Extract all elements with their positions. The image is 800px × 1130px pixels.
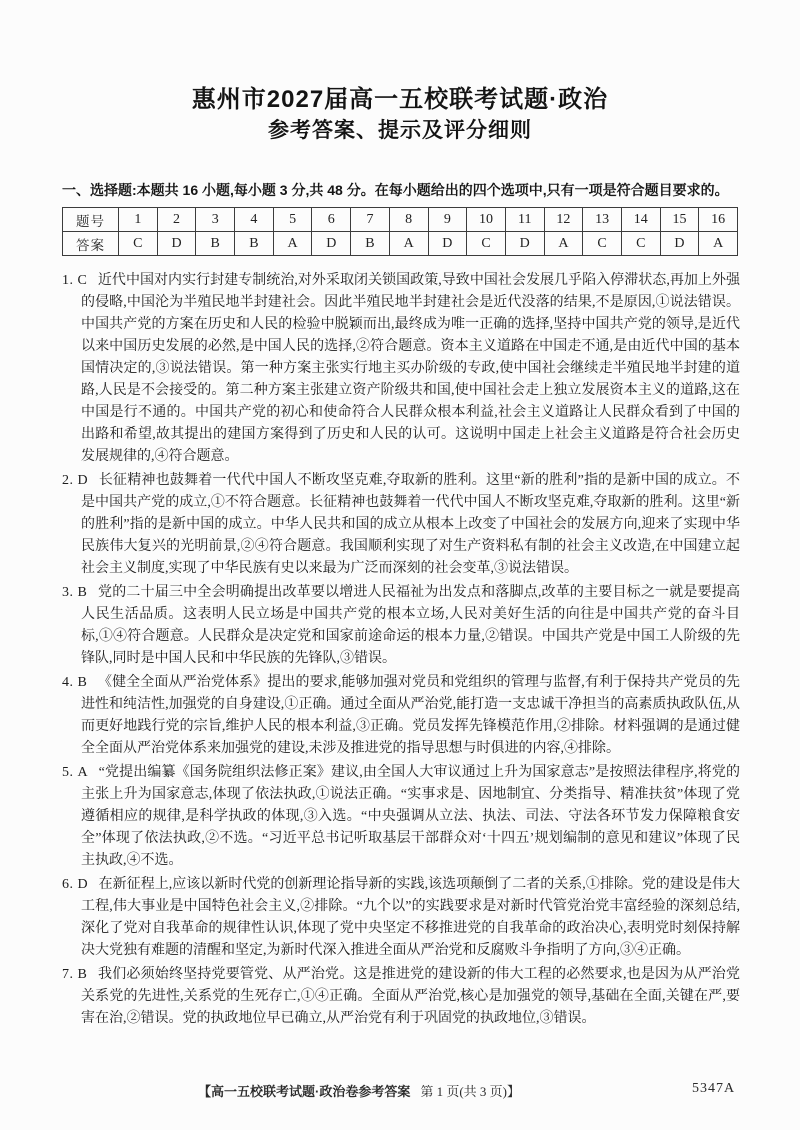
explanation-text: “党提出编纂《国务院组织法修正案》建议,由全国人大审议通过上升为国家意志”是按照…	[81, 765, 740, 868]
answer-letter-cell: B	[235, 232, 274, 256]
exam-answer-sheet-page: 惠州市2027届高一五校联考试题·政治 参考答案、提示及评分细则 一、选择题:本…	[0, 0, 800, 1130]
answer-letter-cell: A	[389, 232, 428, 256]
question-number-cell: 1	[119, 208, 158, 232]
explanation-question-number: 1.	[62, 273, 74, 288]
answer-table-row-header: 答案	[63, 232, 119, 256]
explanation-text: 在新征程上,应该以新时代党的创新理论指导新的实践,该选项颠倒了二者的关系,①排除…	[81, 877, 740, 958]
answer-letter-cell: C	[621, 232, 660, 256]
footer-caption: 【高一五校联考试题·政治卷参考答案第 1 页(共 3 页)】	[198, 1081, 520, 1100]
page-title: 惠州市2027届高一五校联考试题·政治	[0, 79, 800, 114]
question-number-cell: 12	[544, 208, 583, 232]
answer-table: 题号12345678910111213141516答案CDBBADBADCDAC…	[62, 207, 738, 256]
explanation-answer-letter: B	[78, 585, 87, 600]
explanation-text: 《健全全面从严治党体系》提出的要求,能够加强对党员和党组织的管理与监督,有利于保…	[81, 675, 740, 756]
answer-letter-cell: D	[660, 232, 699, 256]
question-number-cell: 2	[157, 208, 196, 232]
explanation-item: 5.A“党提出编纂《国务院组织法修正案》建议,由全国人大审议通过上升为国家意志”…	[62, 762, 740, 872]
question-number-cell: 13	[583, 208, 622, 232]
answer-letter-cell: B	[196, 232, 235, 256]
answer-table-row: 答案CDBBADBADCDACCDA	[63, 232, 738, 256]
answer-letter-cell: B	[351, 232, 390, 256]
question-number-cell: 10	[467, 208, 506, 232]
page-subtitle: 参考答案、提示及评分细则	[0, 114, 800, 144]
answer-table-row: 题号12345678910111213141516	[63, 208, 738, 232]
explanation-answer-letter: C	[78, 273, 87, 288]
explanation-answer-letter: D	[78, 473, 88, 488]
explanation-question-number: 5.	[62, 765, 74, 780]
explanation-question-number: 2.	[62, 473, 74, 488]
explanation-item: 4.B《健全全面从严治党体系》提出的要求,能够加强对党员和党组织的管理与监督,有…	[62, 672, 740, 760]
explanation-item: 6.D在新征程上,应该以新时代党的创新理论指导新的实践,该选项颠倒了二者的关系,…	[62, 874, 740, 962]
explanation-item: 1.C近代中国对内实行封建专制统治,对外采取闭关锁国政策,导致中国社会发展几乎陷…	[62, 270, 740, 468]
explanation-answer-letter: D	[78, 877, 88, 892]
answer-letter-cell: A	[273, 232, 312, 256]
explanation-item: 3.B党的二十届三中全会明确提出改革要以增进人民福祉为出发点和落脚点,改革的主要…	[62, 582, 740, 670]
footer-caption-title: 【高一五校联考试题·政治卷参考答案	[198, 1084, 410, 1099]
explanation-text: 长征精神也鼓舞着一代代中国人不断攻坚克难,夺取新的胜利。这里“新的胜利”指的是新…	[81, 473, 740, 576]
answer-letter-cell: D	[312, 232, 351, 256]
explanation-item: 7.B我们必须始终坚持党要管党、从严治党。这是推进党的建设新的伟大工程的必然要求…	[62, 964, 740, 1030]
answer-letter-cell: A	[699, 232, 738, 256]
answer-letter-cell: D	[428, 232, 467, 256]
footer-paper-code: 5347A	[692, 1081, 735, 1097]
answer-table-row-header: 题号	[63, 208, 119, 232]
answer-letter-cell: C	[467, 232, 506, 256]
explanation-question-number: 7.	[62, 967, 74, 982]
question-number-cell: 8	[389, 208, 428, 232]
question-number-cell: 9	[428, 208, 467, 232]
question-number-cell: 14	[621, 208, 660, 232]
answer-letter-cell: C	[119, 232, 158, 256]
page-footer: 【高一五校联考试题·政治卷参考答案第 1 页(共 3 页)】 5347A	[0, 1081, 800, 1101]
explanation-question-number: 6.	[62, 877, 74, 892]
question-number-cell: 5	[273, 208, 312, 232]
explanation-text: 我们必须始终坚持党要管党、从严治党。这是推进党的建设新的伟大工程的必然要求,也是…	[81, 967, 740, 1026]
explanation-answer-letter: B	[78, 967, 87, 982]
answer-letter-cell: D	[505, 232, 544, 256]
explanation-answer-letter: B	[78, 675, 87, 690]
question-number-cell: 15	[660, 208, 699, 232]
explanation-text: 近代中国对内实行封建专制统治,对外采取闭关锁国政策,导致中国社会发展几乎陷入停滞…	[81, 273, 740, 464]
answer-letter-cell: A	[544, 232, 583, 256]
question-number-cell: 11	[505, 208, 544, 232]
answer-letter-cell: C	[583, 232, 622, 256]
explanation-question-number: 4.	[62, 675, 74, 690]
explanation-answer-letter: A	[78, 765, 88, 780]
question-number-cell: 7	[351, 208, 390, 232]
explanation-item: 2.D长征精神也鼓舞着一代代中国人不断攻坚克难,夺取新的胜利。这里“新的胜利”指…	[62, 470, 740, 580]
question-number-cell: 4	[235, 208, 274, 232]
question-number-cell: 3	[196, 208, 235, 232]
footer-page-number: 第 1 页(共 3 页)】	[420, 1084, 520, 1099]
explanation-text: 党的二十届三中全会明确提出改革要以增进人民福祉为出发点和落脚点,改革的主要目标之…	[81, 585, 740, 666]
answer-letter-cell: D	[157, 232, 196, 256]
explanation-question-number: 3.	[62, 585, 74, 600]
question-number-cell: 16	[699, 208, 738, 232]
section-header-choice-questions: 一、选择题:本题共 16 小题,每小题 3 分,共 48 分。在每小题给出的四个…	[62, 181, 740, 200]
explanation-list: 1.C近代中国对内实行封建专制统治,对外采取闭关锁国政策,导致中国社会发展几乎陷…	[62, 270, 740, 1032]
question-number-cell: 6	[312, 208, 351, 232]
